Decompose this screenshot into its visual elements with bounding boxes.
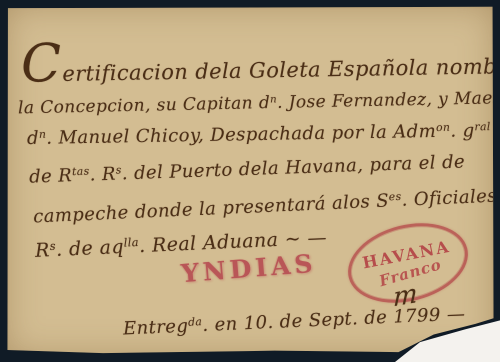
yndias-handstamp: YNDIAS (180, 249, 317, 289)
manuscript-date-line: Entregda. en 10. de Sept. de 1799 — (123, 304, 466, 340)
manuscript-line-3: dn. Manuel Chicoy, Despachada por la Adm… (27, 120, 491, 149)
manuscript-line-4: de Rtas. Rs. del Puerto dela Havana, par… (29, 151, 466, 187)
manuscript-line-5: campeche donde la presentará alos Ses. O… (33, 185, 498, 227)
photographed-postal-cover: Certificacion dela Goleta Española nombr… (0, 0, 500, 362)
manuscript-line-1: Certificacion dela Goleta Española nombr… (21, 24, 500, 94)
aged-letter-paper: Certificacion dela Goleta Española nombr… (5, 5, 495, 357)
